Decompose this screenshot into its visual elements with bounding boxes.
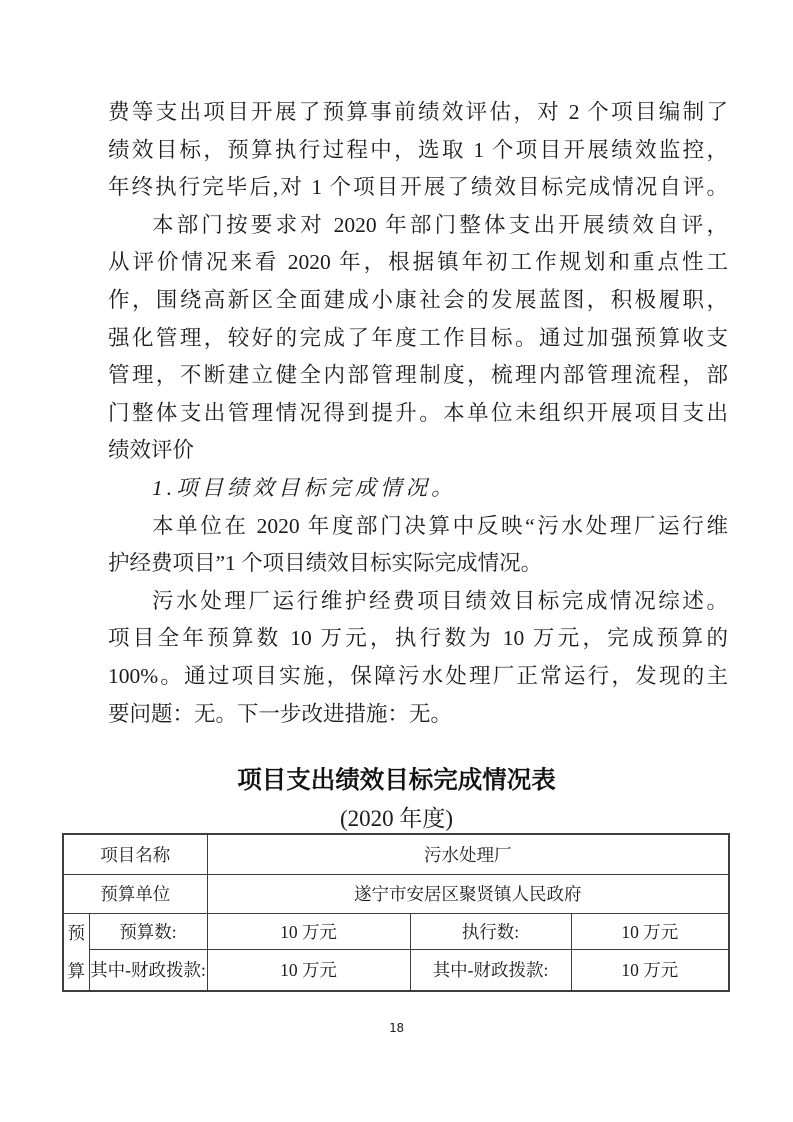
budget-amount-label-cell: 预算数: bbox=[89, 913, 207, 949]
paragraph-line: 绩效评价 bbox=[108, 432, 728, 470]
paragraph-line: 作，围绕高新区全面建成小康社会的发展蓝图，积极履职， bbox=[108, 282, 728, 320]
body-text: 费等支出项目开展了预算事前绩效评估，对 2 个项目编制了 绩效目标，预算执行过程… bbox=[108, 94, 728, 733]
execution-amount-value-cell: 10 万元 bbox=[571, 913, 729, 949]
table-row: 项目名称 污水处理厂 bbox=[63, 834, 729, 874]
paragraph-line: 从评价情况来看 2020 年，根据镇年初工作规划和重点性工 bbox=[108, 244, 728, 282]
document-page: 费等支出项目开展了预算事前绩效评估，对 2 个项目编制了 绩效目标，预算执行过程… bbox=[0, 0, 793, 1122]
budget-unit-label-cell: 预算单位 bbox=[63, 874, 207, 913]
budget-group-cell: 预算 bbox=[63, 913, 89, 991]
budget-unit-value-cell: 遂宁市安居区聚贤镇人民政府 bbox=[207, 874, 729, 913]
paragraph-line: 护经费项目”1 个项目绩效目标实际完成情况。 bbox=[108, 545, 728, 583]
table-row: 其中-财政拨款: 10 万元 其中-财政拨款: 10 万元 bbox=[63, 949, 729, 991]
paragraph-line: 管理，不断建立健全内部管理制度，梳理内部管理流程，部 bbox=[108, 357, 728, 395]
numbered-heading-line: 1.项目绩效目标完成情况。 bbox=[108, 470, 728, 508]
fiscal-allocation-label2-cell: 其中-财政拨款: bbox=[410, 949, 571, 991]
execution-amount-label-cell: 执行数: bbox=[410, 913, 571, 949]
paragraph-line: 本单位在 2020 年度部门决算中反映“污水处理厂运行维 bbox=[108, 508, 728, 546]
paragraph-line: 年终执行完毕后,对 1 个项目开展了绩效目标完成情况自评。 bbox=[108, 169, 728, 207]
paragraph-line: 绩效目标，预算执行过程中，选取 1 个项目开展绩效监控， bbox=[108, 132, 728, 170]
paragraph-line: 项目全年预算数 10 万元，执行数为 10 万元，完成预算的 bbox=[108, 620, 728, 658]
project-name-value-cell: 污水处理厂 bbox=[207, 834, 729, 874]
paragraph-line: 门整体支出管理情况得到提升。本单位未组织开展项目支出 bbox=[108, 395, 728, 433]
table-subtitle: (2020 年度) bbox=[0, 800, 793, 833]
paragraph-line: 强化管理，较好的完成了年度工作目标。通过加强预算收支 bbox=[108, 320, 728, 358]
paragraph-line: 本部门按要求对 2020 年部门整体支出开展绩效自评， bbox=[108, 207, 728, 245]
fiscal-allocation-value2-cell: 10 万元 bbox=[571, 949, 729, 991]
budget-amount-value-cell: 10 万元 bbox=[207, 913, 410, 949]
fiscal-allocation-value-cell: 10 万元 bbox=[207, 949, 410, 991]
paragraph-line: 费等支出项目开展了预算事前绩效评估，对 2 个项目编制了 bbox=[108, 94, 728, 132]
performance-table: 项目名称 污水处理厂 预算单位 遂宁市安居区聚贤镇人民政府 预算 预算数: 10… bbox=[62, 833, 730, 992]
table-row: 预算 预算数: 10 万元 执行数: 10 万元 bbox=[63, 913, 729, 949]
table-row: 预算单位 遂宁市安居区聚贤镇人民政府 bbox=[63, 874, 729, 913]
paragraph-line: 100%。通过项目实施，保障污水处理厂正常运行，发现的主 bbox=[108, 658, 728, 696]
paragraph-line: 污水处理厂运行维护经费项目绩效目标完成情况综述。 bbox=[108, 583, 728, 621]
paragraph-line: 要问题：无。下一步改进措施：无。 bbox=[108, 696, 728, 734]
page-number: 18 bbox=[0, 1020, 793, 1035]
fiscal-allocation-label-cell: 其中-财政拨款: bbox=[89, 949, 207, 991]
table-title: 项目支出绩效目标完成情况表 bbox=[0, 761, 793, 796]
project-name-label-cell: 项目名称 bbox=[63, 834, 207, 874]
